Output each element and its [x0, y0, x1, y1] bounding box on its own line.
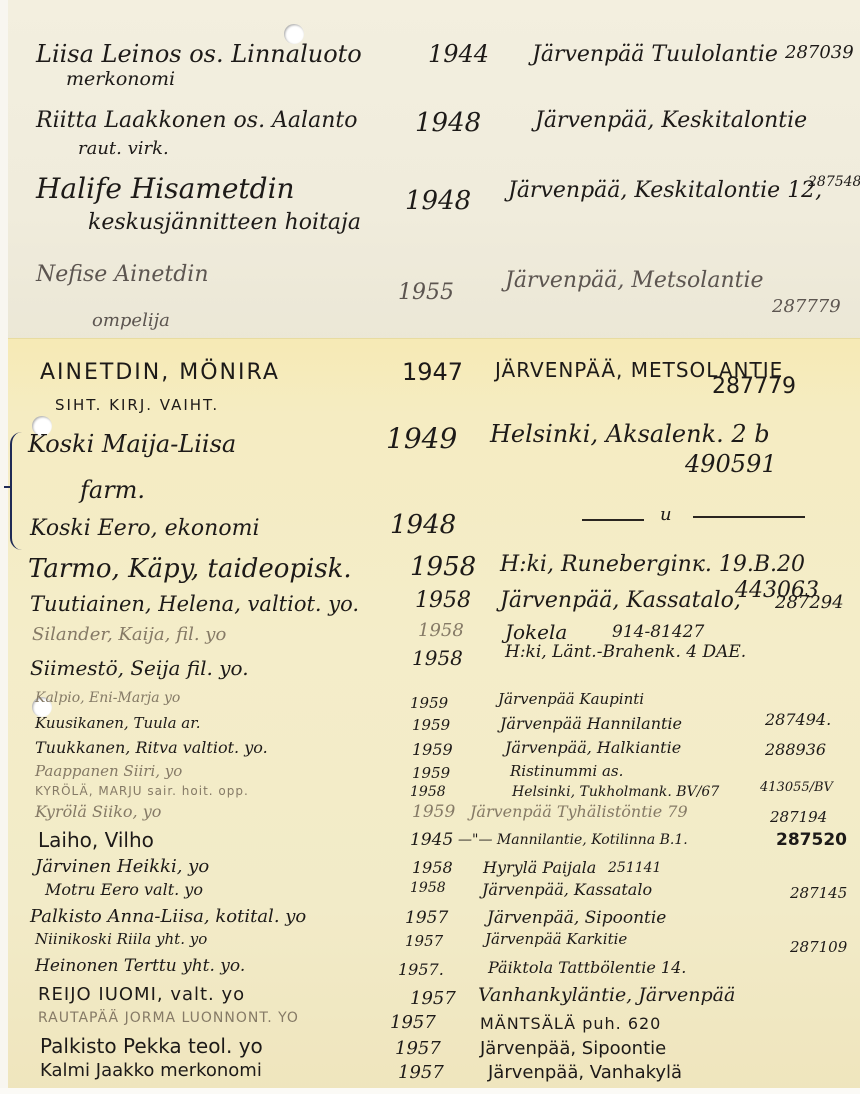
entry-occupation: SIHT. KIRJ. VAIHT. — [55, 396, 219, 414]
entry-year: 1957 — [405, 932, 443, 950]
entry-phone: 914-81427 — [612, 622, 704, 642]
entry-name: Koski Maija-Liisa — [28, 430, 236, 458]
entry-name: Tuutiainen, Helena, valtiot. yo. — [30, 592, 359, 616]
entry-phone: 287194 — [770, 808, 827, 826]
entry-year: 1959 — [412, 740, 453, 759]
entry-year: 1949 — [386, 422, 457, 455]
entry-address: Järvenpää, Kassatalo — [482, 880, 652, 899]
entry-name: Kuusikanen, Tuula ar. — [35, 714, 201, 732]
entry-year: 1955 — [398, 280, 454, 305]
entry-phone: 287779 — [772, 296, 841, 317]
entry-address: Järvenpää, Vanhakylä — [488, 1062, 682, 1083]
entry-address: Järvenpää, Keskitalontie 12, — [508, 178, 822, 203]
entry-occupation: keskusjännitteen hoitaja — [88, 210, 361, 235]
entry-phone: 413055/BV — [760, 780, 833, 795]
entry-phone: 490591 — [685, 450, 777, 478]
ditto-line — [693, 516, 805, 518]
entry-year: 1957 — [410, 988, 456, 1009]
entry-year: 1958 — [418, 620, 464, 641]
entry-year: 1959 — [412, 716, 450, 734]
entry-phone: 288936 — [765, 740, 826, 759]
entry-name: Kyrölä Siiko, yo — [35, 802, 161, 821]
entry-name: Riitta Laakkonen os. Aalanto — [36, 108, 357, 133]
entry-name: Nefise Ainetdin — [36, 262, 209, 287]
entry-name: Järvinen Heikki, yo — [35, 856, 209, 877]
entry-name: Silander, Kaija, fil. yo — [32, 624, 226, 645]
entry-year: 1948 — [415, 108, 481, 138]
entry-year: 1959 — [412, 802, 455, 822]
entry-name: Paappanen Siiri, yo — [35, 762, 182, 780]
entry-phone: 287109 — [790, 938, 847, 956]
entry-phone: 287039 — [785, 42, 854, 63]
entry-year: 1958 — [410, 784, 446, 800]
entry-year: 1957 — [395, 1038, 441, 1059]
entry-address: Hyrylä Paijala — [483, 858, 596, 877]
entry-name: Laiho, Vilho — [38, 828, 154, 852]
entry-name: Motru Eero valt. yo — [45, 880, 203, 899]
entry-address: Järvenpää, Keskitalontie — [535, 108, 807, 133]
entry-address: Helsinki, Tukholmank. BV/67 — [512, 784, 719, 800]
entry-year: 1944 — [428, 40, 489, 68]
ditto-line — [582, 519, 644, 521]
entry-year: 1958 — [412, 646, 463, 670]
entry-address: Vanhankyläntie, Järvenpää — [478, 984, 735, 1006]
entry-address: Järvenpää, Halkiantie — [505, 738, 681, 757]
entry-phone: 287145 — [790, 884, 847, 902]
entry-address: —"— Mannilantie, Kotilinna B.1. — [458, 832, 688, 848]
entry-name: Palkisto Pekka teol. yo — [40, 1034, 263, 1058]
entry-name: Koski Eero, ekonomi — [30, 516, 259, 541]
entry-year: 1957 — [405, 908, 448, 928]
entry-name: Palkisto Anna-Liisa, kotital. yo — [30, 906, 306, 927]
entry-name: Heinonen Terttu yht. yo. — [35, 956, 245, 976]
entry-year: 1957 — [390, 1012, 436, 1033]
entry-address: Järvenpää Kaupinti — [498, 690, 644, 708]
entry-year: 1957. — [398, 960, 444, 979]
entry-phone: 287548 — [808, 174, 860, 190]
entry-address: Ristinummi as. — [510, 762, 623, 780]
entry-name: RAUTAPÄÄ JORMA LUONNONT. YO — [38, 1010, 299, 1026]
entry-address: Järvenpää, Sipoontie — [487, 908, 666, 928]
entry-occupation: ompelija — [92, 310, 170, 331]
entry-year: 1948 — [405, 186, 471, 216]
curly-brace-mark — [10, 432, 26, 550]
entry-name: REIJO IUOMI, valt. yo — [38, 984, 245, 1005]
entry-name: Kalmi Jaakko merkonomi — [40, 1060, 262, 1081]
entry-address: Helsinki, Aksalenk. 2 b — [490, 420, 770, 448]
entry-name: KYRÖLÄ, MARJU sair. hoit. opp. — [35, 784, 249, 798]
entry-occupation: raut. virk. — [78, 138, 169, 159]
scan-left-margin — [0, 0, 8, 1094]
entry-name: Tuukkanen, Ritva valtiot. yo. — [35, 738, 268, 757]
entry-year: 1958 — [412, 858, 453, 877]
entry-name: Tarmo, Käpy, taideopisk. — [28, 554, 352, 584]
entry-year: 1957 — [398, 1062, 444, 1083]
entry-year: 1958 — [415, 588, 471, 613]
entry-phone: 287294 — [775, 592, 844, 613]
entry-name: Liisa Leinos os. Linnaluoto — [36, 40, 362, 68]
entry-address: Järvenpää, Metsolantie — [505, 268, 764, 293]
entry-phone: 251141 — [608, 860, 661, 876]
entry-name: AINETDIN, MÖNIRA — [40, 360, 280, 385]
entry-address: Järvenpää, Sipoontie — [480, 1038, 666, 1059]
entry-phone: 287520 — [776, 830, 847, 850]
entry-address: H:ki, Länt.-Brahenk. 4 DAE. — [505, 642, 746, 662]
entry-address: MÄNTSÄLÄ puh. 620 — [480, 1014, 661, 1033]
entry-year: 1959 — [410, 694, 448, 712]
entry-year: 1958 — [410, 880, 446, 896]
entry-year: 1958 — [410, 552, 476, 582]
entry-name: Niinikoski Riila yht. yo — [35, 930, 207, 948]
entry-year: 1959 — [412, 764, 450, 782]
entry-address: Päiktola Tattbölentie 14. — [488, 958, 686, 977]
entry-address: Järvenpää Tuulolantie — [532, 42, 778, 67]
entry-occupation: merkonomi — [66, 68, 175, 90]
scan-bottom-margin — [0, 1088, 860, 1094]
entry-name: Halife Hisametdin — [36, 172, 295, 205]
entry-address: Järvenpää, Kassatalo, — [500, 588, 741, 613]
entry-year: 1948 — [390, 510, 456, 540]
entry-address: H:ki, Runeberginк. 19.B.20 — [500, 552, 805, 577]
entry-year: 1945 — [410, 830, 453, 850]
ditto-mark: u — [660, 504, 672, 525]
entry-phone: 287779 — [712, 374, 796, 399]
entry-address: Jokela — [505, 620, 567, 644]
entry-occupation: farm. — [80, 476, 145, 504]
entry-year: 1947 — [402, 358, 463, 386]
entry-address: Järvenpää Karkitie — [485, 930, 627, 948]
entry-name: Siimestö, Seija fil. yo. — [30, 656, 249, 680]
entry-address: Järvenpää Tyhälistöntie 79 — [470, 802, 688, 821]
entry-name: Kalpio, Eni-Marja yo — [35, 690, 180, 706]
entry-phone: 287494. — [765, 710, 831, 729]
entry-address: Järvenpää Hannilantie — [500, 714, 682, 733]
